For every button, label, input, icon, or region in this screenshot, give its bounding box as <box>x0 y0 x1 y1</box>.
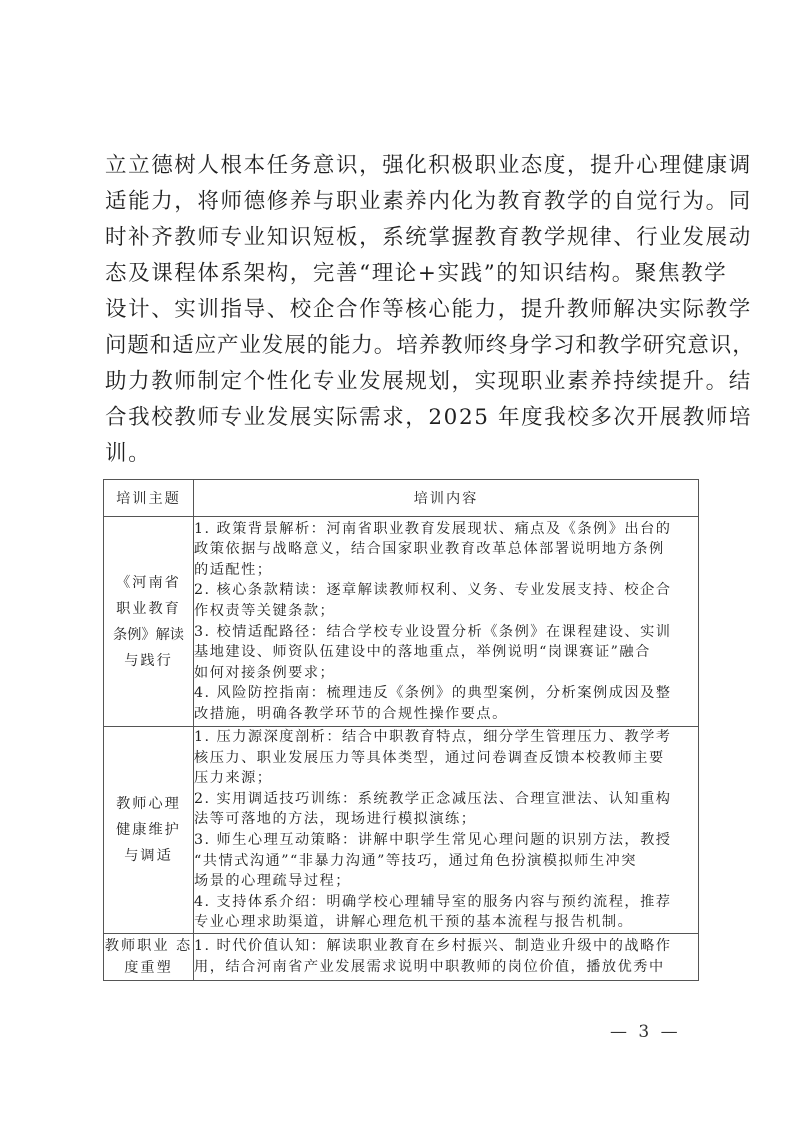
page-number: — 3 — <box>610 1022 681 1042</box>
paragraph-line: 时补齐教师专业知识短板，系统掌握教育教学规律、行业发展动 <box>105 220 699 256</box>
table-row: 教师职业 态度重塑 1. 时代价值认知：解读职业教育在乡村振兴、制造业升级中的战… <box>104 933 699 980</box>
content-line: 4. 支持体系介绍：明确学校心理辅导室的服务内容与预约流程，推荐 <box>194 892 698 913</box>
content-line: 专业心理求助渠道，讲解心理危机干预的基本流程与报告机制。 <box>194 912 698 933</box>
content-line: 1. 时代价值认知：解读职业教育在乡村振兴、制造业升级中的战略作 <box>194 936 698 957</box>
table-header-row: 培训主题 培训内容 <box>104 480 699 517</box>
content-line: 改措施，明确各教学环节的合规性操作要点。 <box>194 704 698 725</box>
training-table: 培训主题 培训内容 《河南省 职业教育 条例》解读 与践行 1. 政策背景解析：… <box>103 479 699 981</box>
paragraph-line: 立立德树人根本任务意识，强化积极职业态度，提升心理健康调 <box>105 148 699 184</box>
topic-line: 条例》解读 <box>113 627 184 643</box>
topic-cell: 教师心理 健康维护 与调适 <box>104 727 194 934</box>
topic-cell: 《河南省 职业教育 条例》解读 与践行 <box>104 517 194 727</box>
topic-line: 《河南省 <box>116 575 181 591</box>
paragraph-line: 问题和适应产业发展的能力。培养教师终身学习和教学研究意识， <box>105 328 699 364</box>
topic-line: 教师职业 <box>105 938 170 954</box>
topic-line: 健康维护 <box>116 822 181 838</box>
paragraph-line: 合我校教师专业发展实际需求，2025 年度我校多次开展教师培 <box>105 400 699 436</box>
body-paragraph: 立立德树人根本任务意识，强化积极职业态度，提升心理健康调 适能力，将师德修养与职… <box>105 148 699 472</box>
topic-cell: 教师职业 态度重塑 <box>104 933 194 980</box>
paragraph-line: 适能力，将师德修养与职业素养内化为教育教学的自觉行为。同 <box>105 184 699 220</box>
content-line: 的适配性； <box>194 560 698 581</box>
content-cell: 1. 政策背景解析：河南省职业教育发展现状、痛点及《条例》出台的 政策依据与战略… <box>194 517 699 727</box>
content-line: 1. 政策背景解析：河南省职业教育发展现状、痛点及《条例》出台的 <box>194 519 698 540</box>
paragraph-line: 训。 <box>105 436 699 472</box>
paragraph-line: 态及课程体系架构，完善“理论+实践”的知识结构。聚焦教学 <box>105 256 699 292</box>
content-cell: 1. 压力源深度剖析：结合中职教育特点，细分学生管理压力、教学考 核压力、职业发… <box>194 727 699 934</box>
content-line: 4. 风险防控指南：梳理违反《条例》的典型案例，分析案例成因及整 <box>194 683 698 704</box>
topic-line: 教师心理 <box>116 796 181 812</box>
content-line: 法等可落地的方法，现场进行模拟演练； <box>194 809 698 830</box>
content-line: 1. 压力源深度剖析：结合中职教育特点，细分学生管理压力、教学考 <box>194 727 698 748</box>
content-line: 政策依据与战略意义，结合国家职业教育改革总体部署说明地方条例 <box>194 539 698 560</box>
content-line: 3. 师生心理互动策略：讲解中职学生常见心理问题的识别方法，教授 <box>194 830 698 851</box>
header-topic: 培训主题 <box>104 480 194 517</box>
content-line: 3. 校情适配路径：结合学校专业设置分析《条例》在课程建设、实训 <box>194 622 698 643</box>
content-line: 2. 核心条款精读：逐章解读教师权利、义务、专业发展支持、校企合 <box>194 580 698 601</box>
table-row: 《河南省 职业教育 条例》解读 与践行 1. 政策背景解析：河南省职业教育发展现… <box>104 517 699 727</box>
content-line: 压力来源； <box>194 768 698 789</box>
topic-line: 与调适 <box>124 848 173 864</box>
content-line: 作权责等关键条款； <box>194 601 698 622</box>
content-line: 如何对接条例要求； <box>194 663 698 684</box>
topic-line: 职业教育 <box>116 601 181 617</box>
paragraph-line: 助力教师制定个性化专业发展规划，实现职业素养持续提升。结 <box>105 364 699 400</box>
table-row: 教师心理 健康维护 与调适 1. 压力源深度剖析：结合中职教育特点，细分学生管理… <box>104 727 699 934</box>
content-cell: 1. 时代价值认知：解读职业教育在乡村振兴、制造业升级中的战略作 用，结合河南省… <box>194 933 699 980</box>
content-line: 场景的心理疏导过程； <box>194 871 698 892</box>
content-line: “共情式沟通”“非暴力沟通”等技巧，通过角色扮演模拟师生冲突 <box>194 851 698 872</box>
content-line: 核压力、职业发展压力等具体类型，通过问卷调查反馈本校教师主要 <box>194 748 698 769</box>
content-line: 用，结合河南省产业发展需求说明中职教师的岗位价值，播放优秀中 <box>194 957 698 978</box>
content-line: 2. 实用调适技巧训练：系统教学正念减压法、合理宣泄法、认知重构 <box>194 789 698 810</box>
topic-line: 与践行 <box>124 653 173 669</box>
header-content: 培训内容 <box>194 480 699 517</box>
content-line: 基地建设、师资队伍建设中的落地重点，举例说明“岗课赛证”融合 <box>194 642 698 663</box>
paragraph-line: 设计、实训指导、校企合作等核心能力，提升教师解决实际教学 <box>105 292 699 328</box>
